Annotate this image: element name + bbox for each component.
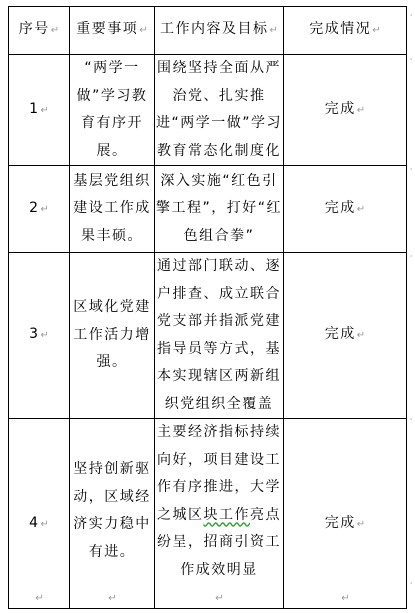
paragraph-mark-icon: ↵ bbox=[156, 590, 283, 608]
cell-item[interactable]: 区域化党建工作活力增强。 bbox=[70, 253, 155, 419]
table-row: 4↵ ↵ 坚持创新驱动，区域经济实力稳中有进。 ↵ 主要经济指标持续向好，项目建… bbox=[9, 419, 407, 609]
paragraph-mark-icon: ↵ bbox=[357, 330, 365, 341]
cell-content[interactable]: 深入实施“红色引擎工程”，打好“红色组合拳” bbox=[155, 166, 284, 253]
end-of-row-mark: ' bbox=[410, 255, 412, 263]
header-row: 序号↵ 重要事项↵ 工作内容及目标↵ 完成情况↵ bbox=[9, 7, 407, 55]
end-of-row-mark: ' bbox=[410, 58, 412, 66]
spellcheck-underline: 块工作 bbox=[204, 507, 251, 523]
cell-index[interactable]: 1↵ bbox=[9, 55, 70, 166]
cell-index[interactable]: 3↵ bbox=[9, 253, 70, 419]
paragraph-mark-icon: ↵ bbox=[41, 105, 49, 116]
paragraph-mark-icon: ↵ bbox=[41, 330, 49, 341]
header-item[interactable]: 重要事项↵ bbox=[70, 7, 155, 55]
cell-content[interactable]: 主要经济指标持续向好，项目建设工作有序推进，大学之城区块工作亮点纷呈，招商引资工… bbox=[155, 419, 284, 609]
header-index[interactable]: 序号↵ bbox=[9, 7, 70, 55]
table-row: 1↵ “两学一做”学习教育有序开展。 围绕坚持全面从严治党、扎实推进“两学一做”… bbox=[9, 55, 407, 166]
cell-item[interactable]: 基层党组织建设工作成果丰硕。 bbox=[70, 166, 155, 253]
cell-item[interactable]: 坚持创新驱动，区域经济实力稳中有进。 ↵ bbox=[70, 419, 155, 609]
table-row: 2↵ 基层党组织建设工作成果丰硕。 深入实施“红色引擎工程”，打好“红色组合拳”… bbox=[9, 166, 407, 253]
paragraph-mark-icon: ↵ bbox=[10, 590, 69, 608]
paragraph-mark-icon: ↵ bbox=[357, 519, 365, 530]
header-status[interactable]: 完成情况↵ bbox=[284, 7, 407, 55]
paragraph-mark-icon: ↵ bbox=[357, 204, 365, 215]
end-of-row-mark: ' bbox=[410, 14, 412, 22]
cell-status[interactable]: 完成↵ bbox=[284, 166, 407, 253]
cell-status[interactable]: 完成↵ bbox=[284, 55, 407, 166]
paragraph-mark-icon: ↵ bbox=[270, 25, 278, 36]
paragraph-mark-icon: ↵ bbox=[285, 590, 406, 608]
paragraph-mark-icon: ↵ bbox=[41, 519, 49, 530]
cell-content[interactable]: 通过部门联动、逐户排查、成立联合党支部并指派党建指导员等方式，基本实现辖区两新组… bbox=[155, 253, 284, 419]
paragraph-mark-icon: ↵ bbox=[372, 25, 380, 36]
cell-item[interactable]: “两学一做”学习教育有序开展。 bbox=[70, 55, 155, 166]
paragraph-mark-icon: ↵ bbox=[139, 25, 147, 36]
cell-index[interactable]: 4↵ ↵ bbox=[9, 419, 70, 609]
end-of-row-mark: ' bbox=[410, 582, 412, 590]
paragraph-mark-icon: ↵ bbox=[357, 105, 365, 116]
header-content[interactable]: 工作内容及目标↵ bbox=[155, 7, 284, 55]
cell-status[interactable]: 完成↵ bbox=[284, 253, 407, 419]
end-of-row-mark: ' bbox=[410, 168, 412, 176]
cell-status[interactable]: 完成↵ ↵ bbox=[284, 419, 407, 609]
paragraph-mark-icon: ↵ bbox=[41, 204, 49, 215]
cell-index[interactable]: 2↵ bbox=[9, 166, 70, 253]
cell-content[interactable]: 围绕坚持全面从严治党、扎实推进“两学一做”学习教育常态化制度化 bbox=[155, 55, 284, 166]
work-summary-table: 序号↵ 重要事项↵ 工作内容及目标↵ 完成情况↵ 1↵ “两学一做”学习教育有序… bbox=[8, 6, 407, 609]
table-row: 3↵ 区域化党建工作活力增强。 通过部门联动、逐户排查、成立联合党支部并指派党建… bbox=[9, 253, 407, 419]
paragraph-mark-icon: ↵ bbox=[71, 590, 154, 608]
paragraph-mark-icon: ↵ bbox=[51, 25, 59, 36]
end-of-row-mark: ' bbox=[410, 418, 412, 426]
